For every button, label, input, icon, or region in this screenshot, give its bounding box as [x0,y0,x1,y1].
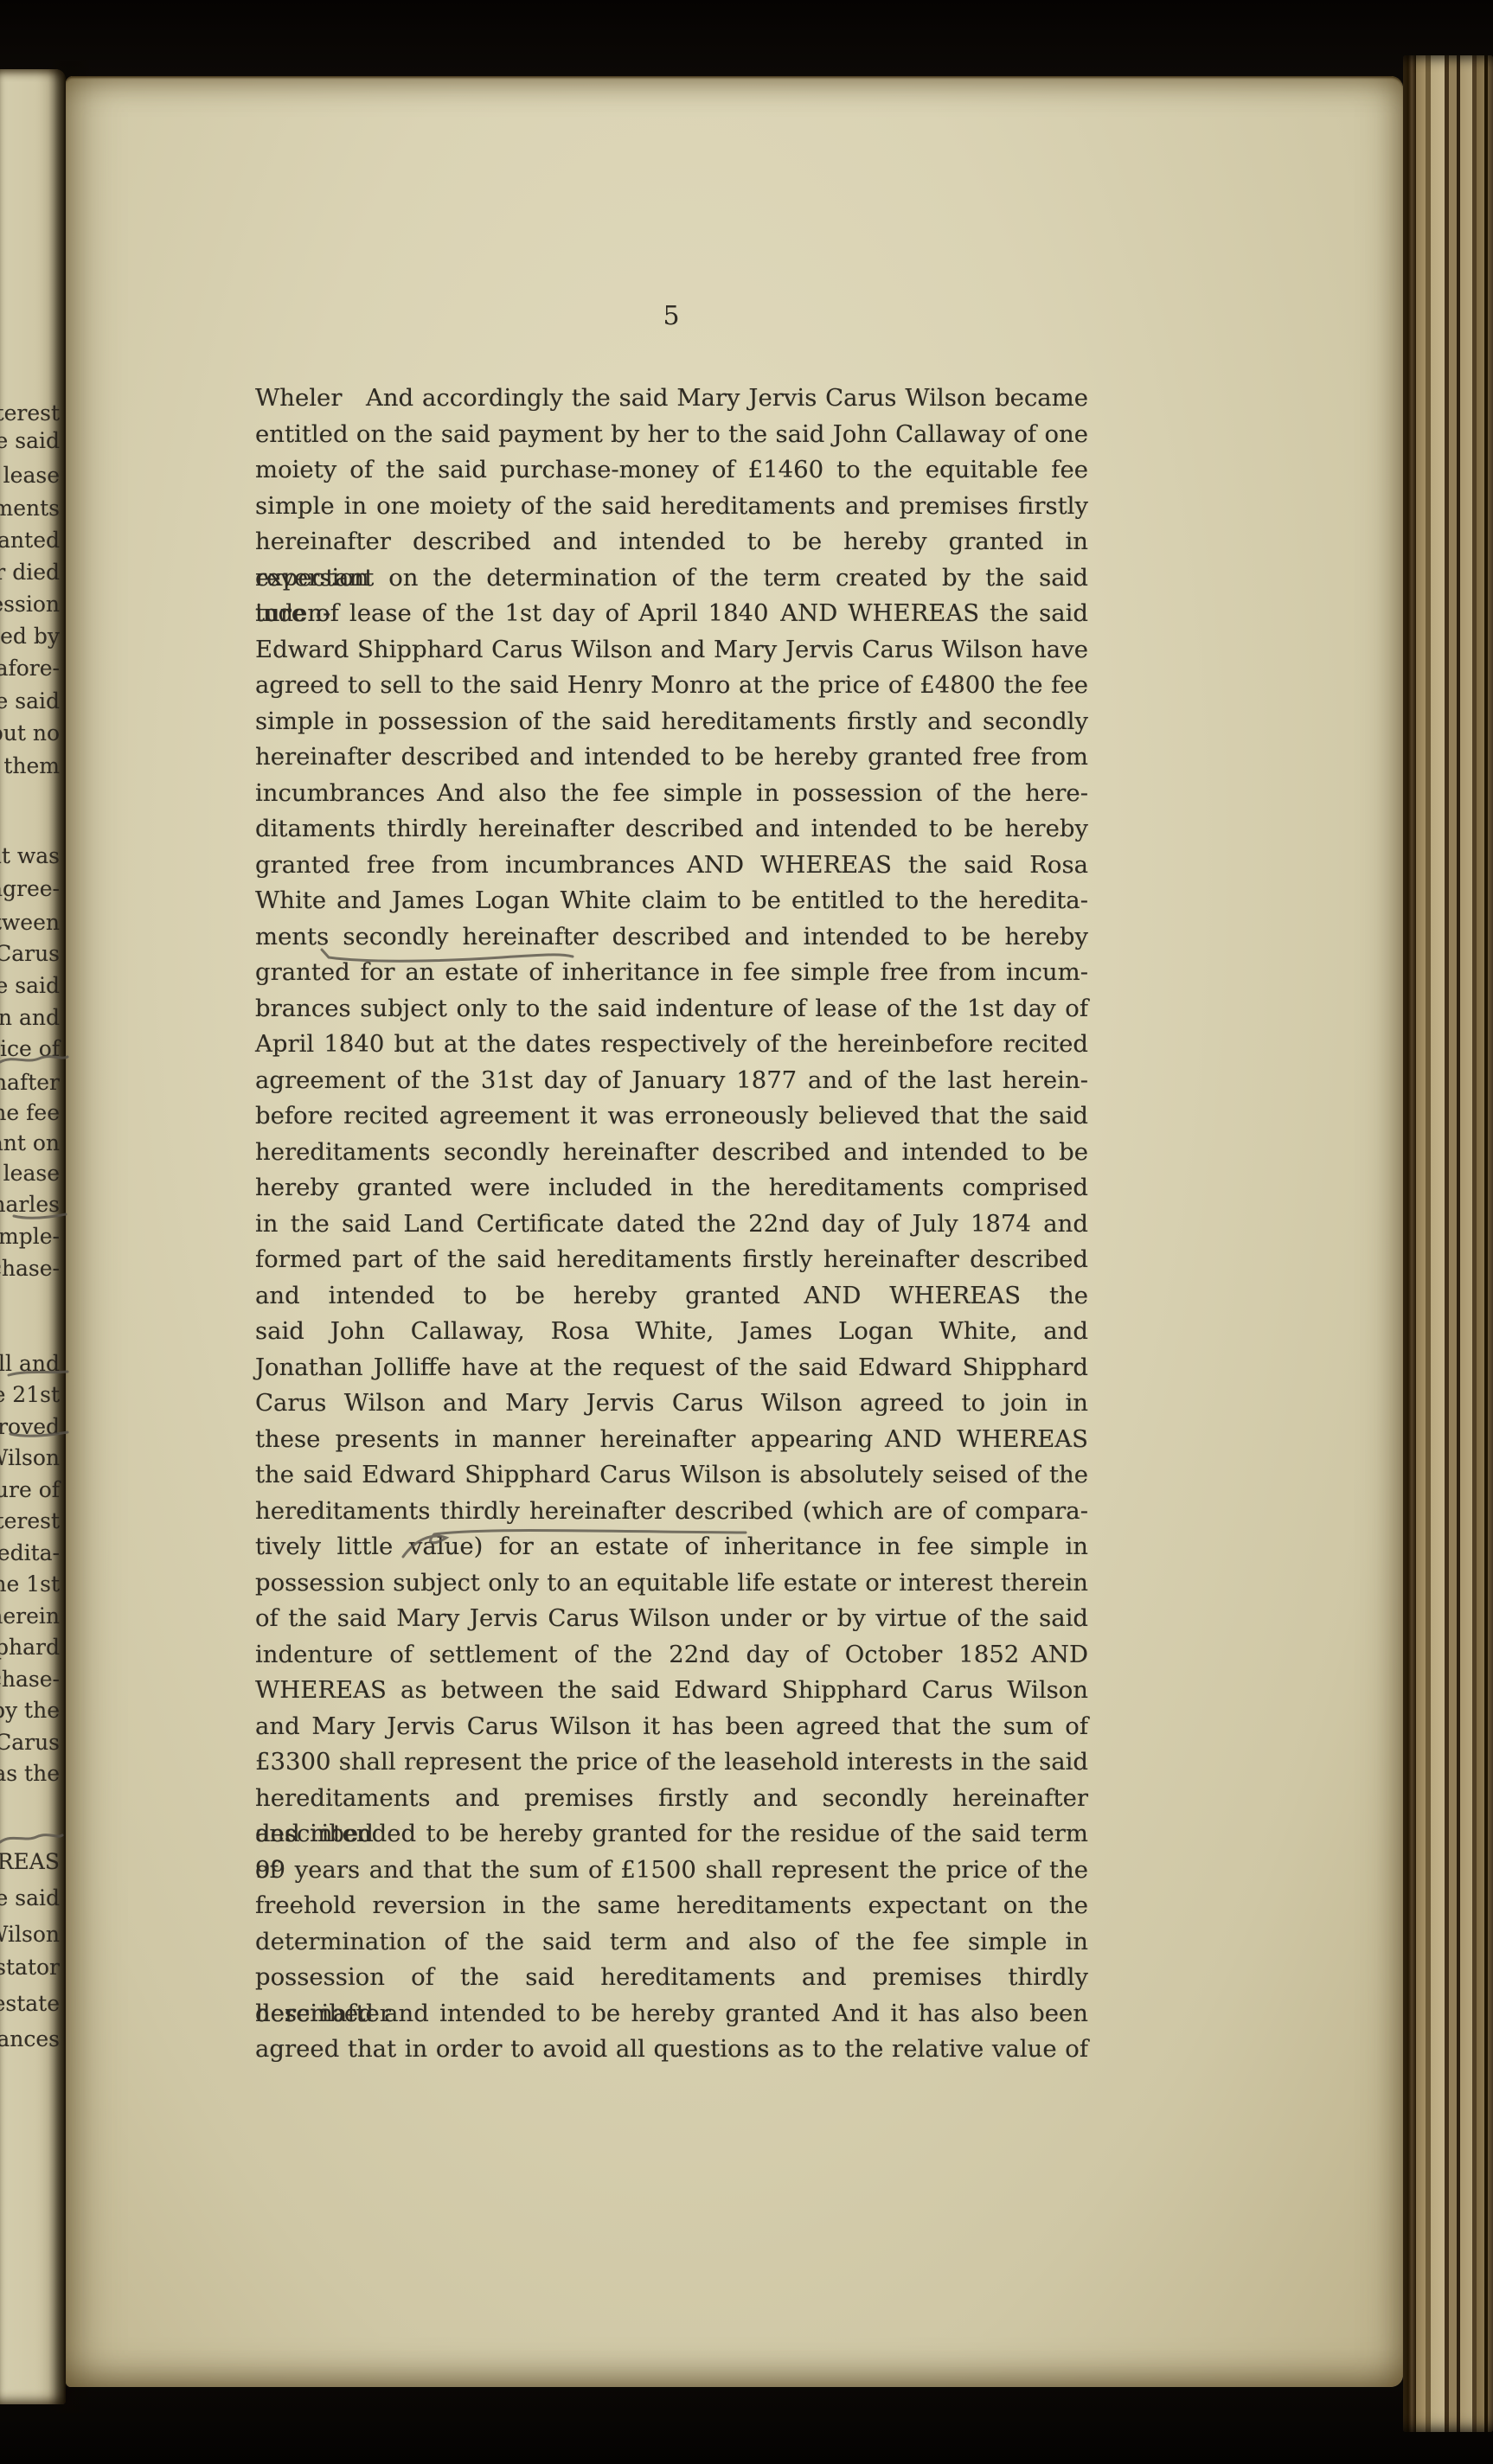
text-line: of the said Mary Jervis Carus Wilson und… [255,1601,1088,1637]
text-line: simple in possession of the said heredit… [255,704,1088,740]
previous-page-text-fragment: d proved [0,1414,60,1440]
previous-page-text-fragment: vised by [0,624,60,650]
text-line: 99 years and that the sum of £1500 shall… [255,1853,1088,1889]
previous-page-text-fragment: Frances [0,2026,60,2052]
previous-page-text-fragment: will and [0,1351,60,1377]
previous-page-text-fragment: the 21st [0,1382,60,1408]
previous-page-text-fragment: comple- [0,1224,60,1250]
text-line: ments secondly hereinafter described and… [255,919,1088,956]
text-line: and intended to be hereby granted AND WH… [255,1278,1088,1315]
text-line: and intended to be hereby granted for th… [255,1816,1088,1853]
previous-page-text-fragment: hipphard [0,1635,60,1661]
text-line: hereditaments and premises firstly and s… [255,1781,1088,1817]
previous-page-text-fragment: the said [0,688,60,714]
previous-page-edge: d interestthe saide of leaseditamentsgra… [0,69,66,2404]
book-fore-edge [1403,55,1493,2432]
previous-page-text-fragment: granted [0,528,60,554]
previous-page-text-fragment: possession [0,592,60,618]
text-line: brances subject only to the said indentu… [255,991,1088,1027]
previous-page-text-fragment: les Carus [0,941,60,967]
text-line: before recited agreement it was erroneou… [255,1098,1088,1135]
text-line: granted free from incumbrances AND WHERE… [255,848,1088,884]
text-line: Edward Shipphard Carus Wilson and Mary J… [255,632,1088,669]
previous-page-text-fragment: ment was [0,843,60,869]
previous-page-text-fragment: t the said [0,973,60,999]
text-line: these presents in manner hereinafter app… [255,1422,1088,1458]
book-scan: d interestthe saide of leaseditamentsgra… [0,0,1493,2464]
text-line: Jonathan Jolliffe have at the request of… [255,1350,1088,1386]
previous-page-text-fragment: an agree- [0,876,60,902]
previous-page-text-fragment: of lease [0,1161,60,1187]
previous-page-text-fragment: ilson and [0,1005,60,1031]
text-line: ditaments thirdly hereinafter described … [255,811,1088,848]
text-line: Carus Wilson and Mary Jervis Carus Wilso… [255,1386,1088,1422]
text-line: White and James Logan White claim to be … [255,883,1088,919]
text-line: granted for an estate of inheritance in … [255,955,1088,991]
previous-page-text-fragment: e interest [0,1508,60,1534]
text-line: hereinafter described and intended to be… [255,524,1088,560]
previous-page-text-fragment: t therein [0,1603,60,1629]
text-line: hereinafter described and intended to be… [255,739,1088,776]
document-page: 5 Wheler And accordingly the said Mary J… [66,76,1403,2387]
previous-page-text-fragment: eler died [0,560,60,586]
previous-page-text-fragment: ditaments [0,496,60,522]
page-number: 5 [255,301,1088,331]
text-line: possession subject only to an equitable … [255,1565,1088,1602]
text-line: formed part of the said hereditaments fi… [255,1242,1088,1278]
document-body: Wheler And accordingly the said Mary Jer… [255,381,1088,2068]
text-line: indenture of settlement of the 22nd day … [255,1637,1088,1674]
text-line: April 1840 but at the dates respectively… [255,1027,1088,1063]
text-line: hereditaments thirdly hereinafter descri… [255,1494,1088,1530]
text-line: the said Edward Shipphard Carus Wilson i… [255,1457,1088,1494]
text-line: WHEREAS as between the said Edward Shipp… [255,1673,1088,1709]
text-line: possession of the said hereditaments and… [255,1960,1088,1996]
previous-page-text-fragment: testator [0,1955,60,1981]
previous-page-text-fragment: of them [0,753,60,779]
previous-page-text-fragment: the fee [0,1100,60,1126]
previous-page-text-fragment: price of [0,1036,60,1062]
previous-page-text-fragment: is Carus [0,1730,60,1756]
text-line: simple in one moiety of the said heredit… [255,489,1088,525]
text-line: tively little value) for an estate of in… [255,1529,1088,1565]
previous-page-text-fragment: EREAS [0,1849,60,1875]
text-line: in the said Land Certificate dated the 2… [255,1206,1088,1243]
previous-page-text-fragment: Wilson [0,1922,60,1948]
text-line: £3300 shall represent the price of the l… [255,1744,1088,1781]
previous-page-text-fragment: urchase- [0,1667,60,1693]
text-line: described and intended to be hereby gran… [255,1996,1088,2032]
text-line: freehold reversion in the same hereditam… [255,1888,1088,1924]
text-line: entitled on the said payment by her to t… [255,417,1088,453]
text-line: said John Callaway, Rosa White, James Lo… [255,1314,1088,1350]
previous-page-text-fragment: he said [0,1885,60,1911]
previous-page-text-fragment: y by the [0,1698,60,1724]
previous-page-text-fragment: Charles [0,1192,60,1218]
previous-page-text-fragment: 2 but no [0,720,60,746]
previous-page-text-fragment: al estate [0,1991,60,2017]
previous-page-text-fragment: d interest [0,400,60,426]
text-line: agreed that in order to avoid all questi… [255,2032,1088,2068]
text-line: and Mary Jervis Carus Wilson it has been… [255,1709,1088,1745]
previous-page-text-fragment: ereinafter [0,1070,60,1096]
previous-page-text-fragment: s Wilson [0,1445,60,1471]
text-line: agreed to sell to the said Henry Monro a… [255,668,1088,704]
previous-page-text-fragment: he afore- [0,656,60,682]
text-line: determination of the said term and also … [255,1924,1088,1961]
previous-page-text-fragment: purchase- [0,1256,60,1282]
text-line: Wheler And accordingly the said Mary Jer… [255,381,1088,417]
text-line: incumbrances And also the fee simple in … [255,776,1088,812]
text-line: agreement of the 31st day of January 187… [255,1063,1088,1099]
previous-page-text-fragment: tant on [0,1130,60,1156]
previous-page-text-fragment: e between [0,910,60,936]
previous-page-text-fragment: e of lease [0,463,60,489]
previous-page-text-fragment: heredita- [0,1540,60,1566]
previous-page-text-fragment: the said [0,428,60,454]
previous-page-text-fragment: (as the [0,1761,60,1787]
text-line: ture of lease of the 1st day of April 18… [255,596,1088,632]
text-line: hereditaments secondly hereinafter descr… [255,1135,1088,1171]
text-line: expectant on the determination of the te… [255,560,1088,597]
previous-page-text-fragment: f the 1st [0,1571,60,1597]
previous-page-text-fragment: nture of [0,1477,60,1503]
text-line: moiety of the said purchase-money of £14… [255,452,1088,489]
text-line: hereby granted were included in the here… [255,1170,1088,1206]
